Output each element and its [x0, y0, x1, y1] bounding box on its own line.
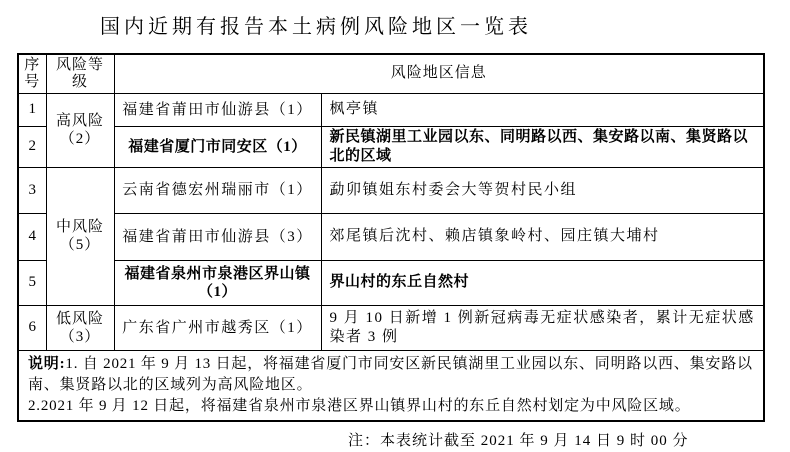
location-cell: 福建省泉州市泉港区界山镇（1） [114, 260, 321, 305]
header-risk-level: 风险等级 [46, 54, 114, 93]
risk-level-count: （2） [51, 130, 110, 148]
table-note-row: 说明:1. 自 2021 年 9 月 13 日起，将福建省厦门市同安区新民镇湖里… [18, 350, 764, 421]
risk-level-label: 高风险 [51, 112, 110, 130]
detail-cell: 枫亭镇 [321, 93, 764, 126]
seq-cell: 4 [18, 213, 46, 260]
seq-cell: 1 [18, 93, 46, 126]
risk-area-table: 序号 风险等级 风险地区信息 1 高风险 （2） 福建省莆田市仙游县（1） 枫亭… [17, 53, 765, 422]
risk-level-count: （5） [51, 236, 110, 254]
note-cell: 说明:1. 自 2021 年 9 月 13 日起，将福建省厦门市同安区新民镇湖里… [18, 350, 764, 421]
detail-cell: 新民镇湖里工业园以东、同明路以西、集安路以南、集贤路以北的区域 [321, 126, 764, 167]
seq-cell: 5 [18, 260, 46, 305]
location-cell: 福建省莆田市仙游县（3） [114, 213, 321, 260]
table-header-row: 序号 风险等级 风险地区信息 [18, 54, 764, 93]
risk-level-cell-high: 高风险 （2） [46, 93, 114, 167]
location-cell: 福建省厦门市同安区（1） [114, 126, 321, 167]
header-region-info: 风险地区信息 [114, 54, 764, 93]
risk-level-cell-low: 低风险 （3） [46, 305, 114, 350]
table-row-5: 5 福建省泉州市泉港区界山镇（1） 界山村的东丘自然村 [18, 260, 764, 305]
page-title: 国内近期有报告本土病例风险地区一览表 [100, 0, 790, 41]
risk-level-label: 低风险 [51, 310, 110, 328]
header-seq-number: 序号 [18, 54, 46, 93]
note-item-2-text: 2.2021 年 9 月 12 日起，将福建省泉州市泉港区界山镇界山村的东丘自然… [28, 398, 691, 414]
table-row-1: 1 高风险 （2） 福建省莆田市仙游县（1） 枫亭镇 [18, 93, 764, 126]
seq-cell: 2 [18, 126, 46, 167]
detail-cell: 界山村的东丘自然村 [321, 260, 764, 305]
risk-level-count: （3） [51, 328, 110, 346]
note-label: 说明: [28, 356, 65, 372]
footer-note: 注：本表统计截至 2021 年 9 月 14 日 9 时 00 分 [348, 429, 790, 450]
seq-cell: 3 [18, 167, 46, 213]
location-cell: 福建省莆田市仙游县（1） [114, 93, 321, 126]
note-item-2: 2.2021 年 9 月 12 日起，将福建省泉州市泉港区界山镇界山村的东丘自然… [28, 396, 754, 417]
risk-level-label: 中风险 [51, 218, 110, 236]
table-row-4: 4 福建省莆田市仙游县（3） 郊尾镇后沈村、赖店镇象岭村、园庄镇大埔村 [18, 213, 764, 260]
location-cell: 广东省广州市越秀区（1） [114, 305, 321, 350]
detail-cell: 郊尾镇后沈村、赖店镇象岭村、园庄镇大埔村 [321, 213, 764, 260]
table-row-3: 3 中风险 （5） 云南省德宏州瑞丽市（1） 勐卯镇姐东村委会大等贺村民小组 [18, 167, 764, 213]
detail-cell: 9 月 10 日新增 1 例新冠病毒无症状感染者，累计无症状感染者 3 例 [321, 305, 764, 350]
note-item-1-text: 1. 自 2021 年 9 月 13 日起，将福建省厦门市同安区新民镇湖里工业园… [28, 356, 753, 393]
location-cell: 云南省德宏州瑞丽市（1） [114, 167, 321, 213]
seq-cell: 6 [18, 305, 46, 350]
document-page: 国内近期有报告本土病例风险地区一览表 序号 风险等级 风险地区信息 1 高风险 … [0, 0, 790, 452]
table-row-2: 2 福建省厦门市同安区（1） 新民镇湖里工业园以东、同明路以西、集安路以南、集贤… [18, 126, 764, 167]
detail-cell: 勐卯镇姐东村委会大等贺村民小组 [321, 167, 764, 213]
note-item-1: 说明:1. 自 2021 年 9 月 13 日起，将福建省厦门市同安区新民镇湖里… [28, 354, 754, 396]
risk-level-cell-medium: 中风险 （5） [46, 167, 114, 305]
table-row-6: 6 低风险 （3） 广东省广州市越秀区（1） 9 月 10 日新增 1 例新冠病… [18, 305, 764, 350]
